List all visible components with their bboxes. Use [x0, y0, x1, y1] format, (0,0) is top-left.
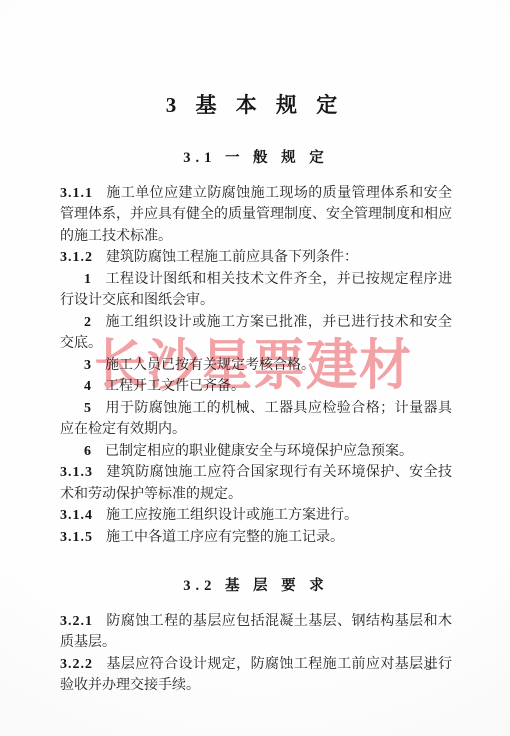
clause-3-1-2: 3.1.2建筑防腐蚀工程施工前应具备下列条件：	[60, 247, 452, 269]
item-text: 工程设计图纸和相关技术文件齐全，并已按规定程序进行设计交底和图纸会审。	[60, 272, 452, 309]
chapter-title: 3 基 本 规 定	[0, 90, 510, 120]
clause-number: 3.1.1	[60, 186, 93, 201]
item-text: 已制定相应的职业健康安全与环境保护应急预案。	[105, 444, 413, 459]
clause-3-1-4: 3.1.4施工应按施工组织设计或施工方案进行。	[60, 505, 452, 527]
section-heading-3-1: 3.1 一 般 规 定	[60, 148, 452, 170]
item-number: 6	[84, 444, 92, 459]
item-text: 施工组织设计或施工方案已批准，并已进行技术和安全交底。	[60, 315, 452, 352]
list-item-6: 6已制定相应的职业健康安全与环境保护应急预案。	[60, 441, 452, 463]
clause-3-2-1: 3.2.1防腐蚀工程的基层应包括混凝土基层、钢结构基层和木质基层。	[60, 611, 452, 654]
list-item-3: 3施工人员已按有关规定考核合格。	[60, 355, 452, 377]
clause-3-1-5: 3.1.5施工中各道工序应有完整的施工记录。	[60, 527, 452, 549]
clause-number: 3.2.1	[60, 614, 93, 629]
page-number: · 3 ·	[0, 659, 510, 674]
item-number: 3	[84, 358, 92, 373]
list-item-4: 4工程开工文件已齐备。	[60, 376, 452, 398]
section-heading-3-2: 3.2 基 层 要 求	[60, 576, 452, 598]
clause-3-1-3: 3.1.3建筑防腐蚀施工应符合国家现行有关环境保护、安全技术和劳动保护等标准的规…	[60, 462, 452, 505]
list-item-2: 2施工组织设计或施工方案已批准，并已进行技术和安全交底。	[60, 312, 452, 355]
clause-text: 施工应按施工组织设计或施工方案进行。	[106, 508, 358, 523]
clause-text: 施工中各道工序应有完整的施工记录。	[106, 530, 344, 545]
item-text: 用于防腐蚀施工的机械、工器具应检验合格；计量器具应在检定有效期内。	[60, 401, 452, 438]
clause-number: 3.1.5	[60, 530, 93, 545]
clause-number: 3.1.2	[60, 250, 93, 265]
list-item-5: 5用于防腐蚀施工的机械、工器具应检验合格；计量器具应在检定有效期内。	[60, 398, 452, 441]
clause-text: 建筑防腐蚀工程施工前应具备下列条件：	[106, 250, 358, 265]
list-item-1: 1工程设计图纸和相关技术文件齐全，并已按规定程序进行设计交底和图纸会审。	[60, 269, 452, 312]
clause-text: 建筑防腐蚀施工应符合国家现行有关环境保护、安全技术和劳动保护等标准的规定。	[60, 465, 452, 502]
clause-number: 3.1.3	[60, 465, 93, 480]
clause-number: 3.1.4	[60, 508, 93, 523]
document-page: 长沙星票建材 3 基 本 规 定 3.1 一 般 规 定 3.1.1施工单位应建…	[0, 0, 510, 736]
item-text: 施工人员已按有关规定考核合格。	[105, 358, 315, 373]
item-text: 工程开工文件已齐备。	[105, 379, 245, 394]
item-number: 2	[84, 315, 92, 330]
item-number: 4	[84, 379, 92, 394]
clause-text: 防腐蚀工程的基层应包括混凝土基层、钢结构基层和木质基层。	[60, 614, 452, 651]
clause-3-1-1: 3.1.1施工单位应建立防腐蚀施工现场的质量管理体系和安全管理体系，并应具有健全…	[60, 183, 452, 248]
clause-text: 施工单位应建立防腐蚀施工现场的质量管理体系和安全管理体系，并应具有健全的质量管理…	[60, 186, 452, 244]
page-content: 3.1 一 般 规 定 3.1.1施工单位应建立防腐蚀施工现场的质量管理体系和安…	[60, 148, 452, 697]
item-number: 1	[84, 272, 92, 287]
item-number: 5	[84, 401, 92, 416]
